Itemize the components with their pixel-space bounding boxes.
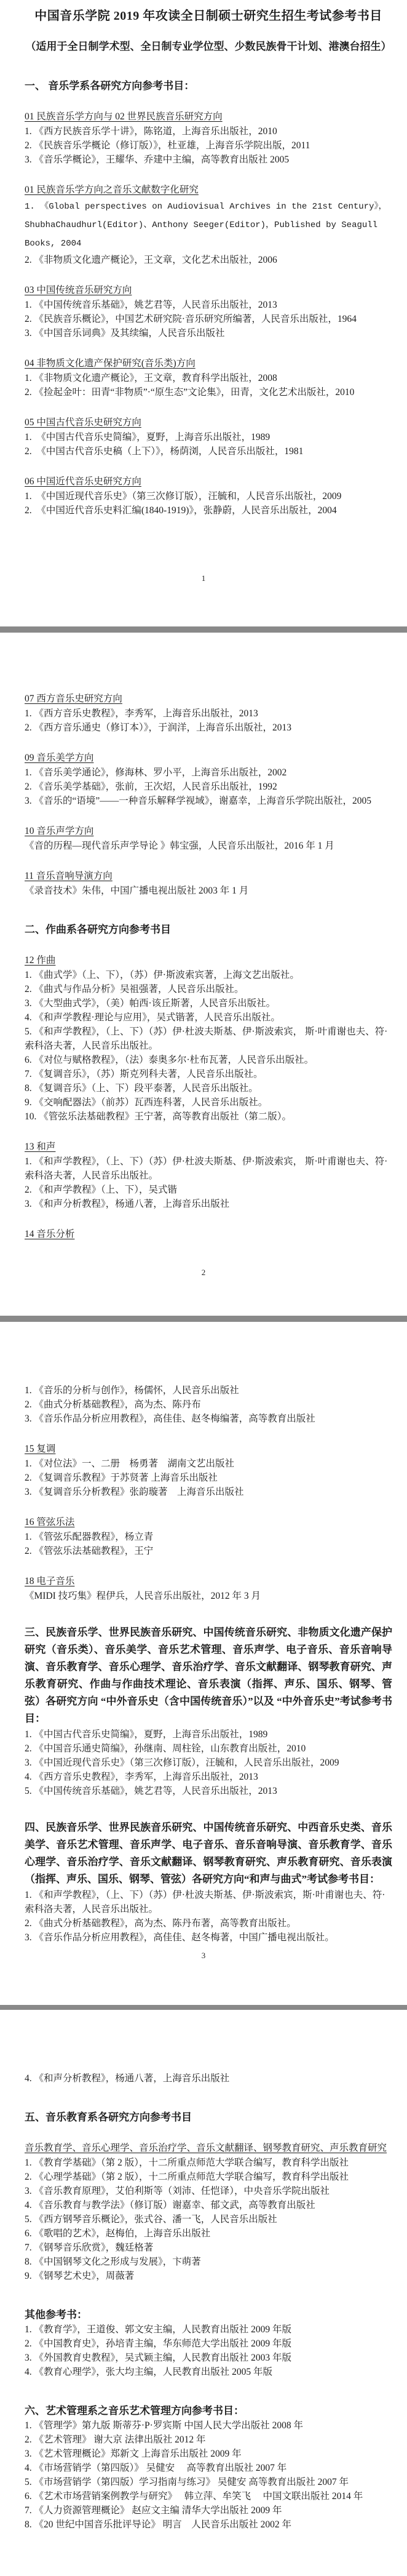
page-divider: [0, 626, 407, 633]
book-item: 1. 《非物质文化遗产概论》，王文章，教育科学出版社，2008: [25, 371, 392, 385]
direction-heading-label: 13 和声: [25, 1142, 55, 1152]
direction-heading-label: 01 民族音乐学方向之音乐文献数字化研究: [25, 185, 199, 195]
section-heading: 二、作曲系各研究方向参考书目: [25, 922, 392, 937]
direction-heading-label: 16 管弦乐法: [25, 1517, 74, 1527]
book-item: 2. 《中国音乐通史简编》，孙继南、周柱铨，山东教育出版社，2010: [25, 1742, 392, 1756]
direction-heading-label: 09 音乐美学方向: [25, 753, 93, 763]
book-item: 2. 《复调音乐教程》于苏贤著 上海音乐出版社: [25, 1471, 392, 1485]
direction-heading-label: 07 西方音乐史研究方向: [25, 694, 122, 704]
book-item: 1. 《对位法》一、二册 杨勇著 湖南文艺出版社: [25, 1457, 392, 1471]
direction-heading: 07 西方音乐史研究方向: [25, 692, 392, 706]
book-item: 2. 《和声学教程》（上、下），吴式锴: [25, 1183, 392, 1197]
book-item: 1. 《音乐的分析与创作》，杨儒怀，人民音乐出版社: [25, 1383, 392, 1398]
book-item: 1. 《和声学教程》，（上、下）（苏）伊·杜波夫斯基、伊·斯波索宾，斯·叶甫谢也…: [25, 1888, 392, 1916]
direction-heading: 音乐教育学、音乐心理学、音乐治疗学、音乐文献翻译、钢琴教育研究、声乐教育研究: [25, 2141, 392, 2156]
section-heading: 一、 音乐学系各研究方向参考书目：: [25, 79, 392, 94]
direction-heading-label: 10 音乐声学方向: [25, 826, 93, 836]
book-item: 3. 《中国音乐词典》及其续编，人民音乐出版社: [25, 326, 392, 340]
document-page-4: 4. 《和声分析教程》，杨通八著，上海音乐出版社五、音乐教育系各研究方向参考书目…: [0, 2010, 407, 2576]
section-heading: 五、音乐教育系各研究方向参考书目: [25, 2110, 392, 2125]
book-item: 5. 《中国传统音乐基础》，姚艺君等，人民音乐出版社，2013: [25, 1784, 392, 1798]
book-item: 1. 《教育学基础》（第 2 版），十二所重点师范大学联合编写，教育科学出版社: [25, 2156, 392, 2170]
book-item: 4. 《音乐教育与教学法》（修订版）谢嘉幸、郁文武，高等教育出版社: [25, 2198, 392, 2212]
document-page-3: 1. 《音乐的分析与创作》，杨儒怀，人民音乐出版社2. 《曲式分析基础教程》，高…: [0, 1322, 407, 2005]
direction-heading: 16 管弦乐法: [25, 1515, 392, 1530]
book-item: 1. 《西方民族音乐学十讲》，陈铭道，上海音乐出版社，2010: [25, 124, 392, 138]
book-item: 5. 《西方钢琴音乐概论》，张式谷、潘一飞，人民音乐出版社: [25, 2212, 392, 2226]
book-item: 1. 《管弦乐配器教程》，杨立青: [25, 1530, 392, 1544]
section-heading: 其他参考书：: [25, 2308, 392, 2322]
direction-heading-label: 03 中国传统音乐研究方向: [25, 285, 132, 295]
book-item: 1. 《西方音乐史教程》，李秀军，上海音乐出版社，2013: [25, 706, 392, 721]
book-item: 2. 《民族音乐学概论（修订版）》，杜亚雄，上海音乐学院出版，2011: [25, 138, 392, 153]
book-item: 《MIDI 技巧集》程伊兵，人民音乐出版社，2012 年 3 月: [25, 1589, 392, 1603]
book-item: 3. 《音乐教育原理》，艾伯利斯等（刘沛、任恺译），中央音乐学院出版社: [25, 2184, 392, 2198]
book-item: 1. 《音乐美学通论》，修海林、罗小平，上海音乐出版社，2002: [25, 766, 392, 780]
book-item: 1. 《管理学》第九版 斯蒂芬·P·罗宾斯 中国人民大学出版社 2008 年: [25, 2418, 392, 2433]
direction-heading-label: 音乐教育学、音乐心理学、音乐治疗学、音乐文献翻译、钢琴教育研究、声乐教育研究: [25, 2143, 387, 2153]
book-item: 8. 《20 世纪中国音乐批评导论》 明言 人民音乐出版社 2002 年: [25, 2518, 392, 2532]
book-item: 2. 《中国近代音乐史料汇编(1840-1919)》，张静蔚，人民音乐出版社，2…: [25, 503, 392, 518]
direction-heading: 01 民族音乐学方向之音乐文献数字化研究: [25, 183, 392, 198]
book-item: 3. 《复调音乐分析教程》张韵璇著 上海音乐出版社: [25, 1485, 392, 1499]
page-1-content: 中国音乐学院 2019 年攻读全日制硕士研究生招生考试参考书目（适用于全日制学术…: [25, 7, 392, 518]
direction-heading-label: 15 复调: [25, 1444, 55, 1454]
book-item: 2. 《艺术管理》 谢大京 法律出版社 2012 年: [25, 2433, 392, 2447]
direction-heading-label: 11 音乐音响导演方向: [25, 871, 113, 881]
direction-heading: 01 民族音乐学方向与 02 世界民族音乐研究方向: [25, 110, 392, 124]
book-item: 4. 《和声分析教程》，杨通八著，上海音乐出版社: [25, 2071, 392, 2086]
page-number: 2: [0, 1268, 407, 1278]
section-paragraph: 三、民族音乐学、世界民族音乐研究、中国传统音乐研究、非物质文化遗产保护研究（音乐…: [25, 1624, 392, 1727]
book-item: 1. 《中国古代音乐史简编》，夏野，上海音乐出版社，1989: [25, 430, 392, 444]
book-item: 3. 《音乐学概论》，王耀华、乔建中主编，高等教育出版社 2005: [25, 153, 392, 167]
page-2-content: 07 西方音乐史研究方向1. 《西方音乐史教程》，李秀军，上海音乐出版社，201…: [25, 692, 392, 1242]
direction-heading-label: 06 中国近代音乐史研究方向: [25, 476, 141, 487]
book-item: 6. 《艺术市场营销案例教学与研究》 韩立萍、牟笑飞 中国文联出版社 2014 …: [25, 2489, 392, 2503]
book-item: 3. 《大型曲式学》，（美）帕西·该丘斯著，人民音乐出版社。: [25, 996, 392, 1010]
book-item: 2. 《中国教育史》，孙培青主编，华东师范大学出版社 2009 年版: [25, 2337, 392, 2351]
direction-heading: 03 中国传统音乐研究方向: [25, 283, 392, 298]
book-item: 2. 《管弦乐法基础教程》，王宁: [25, 1544, 392, 1558]
document-page-2: 07 西方音乐史研究方向1. 《西方音乐史教程》，李秀军，上海音乐出版社，201…: [0, 633, 407, 1316]
book-item: 2. 《曲式与作品分析》吴祖强著，人民音乐出版社。: [25, 982, 392, 996]
book-item: 1. 《中国古代音乐史简编》，夏野，上海音乐出版社，1989: [25, 1727, 392, 1742]
book-item: 1. 《和声学教程》，（上、下）（苏）伊·杜波夫斯基、伊·斯波索宾， 斯·叶甫谢…: [25, 1154, 392, 1183]
direction-heading-label: 05 中国古代音乐史研究方向: [25, 417, 141, 428]
document-title: 中国音乐学院 2019 年攻读全日制硕士研究生招生考试参考书目: [25, 7, 392, 25]
book-item: 4. 《和声学教程·理论与应用》，吴式锴著，人民音乐出版社。: [25, 1010, 392, 1025]
book-item: 2. 《民族音乐概论》，中国艺术研究院·音乐研究所编著，人民音乐出版社，1964: [25, 312, 392, 326]
book-item: 3. 《艺术管理概论》郑新文 上海音乐出版社 2009 年: [25, 2447, 392, 2461]
book-item: 2. 《曲式分析基础教程》，高为杰、陈丹布: [25, 1398, 392, 1412]
direction-heading-label: 01 民族音乐学方向与 02 世界民族音乐研究方向: [25, 111, 223, 122]
book-item: 5. 《和声学教程》，（上、下）（苏）伊·杜波夫斯基、伊·斯波索宾， 斯·叶甫谢…: [25, 1025, 392, 1053]
page-3-content: 1. 《音乐的分析与创作》，杨儒怀，人民音乐出版社2. 《曲式分析基础教程》，高…: [25, 1383, 392, 1945]
direction-heading-label: 04 非物质文化遗产保护研究(音乐类)方向: [25, 358, 196, 369]
book-item: 8. 《复调音乐》（上、下）段平泰著，人民音乐出版社。: [25, 1081, 392, 1095]
direction-heading-label: 18 电子音乐: [25, 1576, 74, 1586]
book-item: 1. 《中国近现代音乐史》（第三次修订版），汪毓和，人民音乐出版社，2009: [25, 489, 392, 503]
direction-heading: 06 中国近代音乐史研究方向: [25, 474, 392, 489]
page-divider: [0, 1316, 407, 1322]
book-item: 4. 《市场营销学（第四版）》 吴健安 高等教育出版社 2007 年: [25, 2461, 392, 2475]
book-item: 7. 《复调音乐》，（苏）斯克列科夫著，人民音乐出版社。: [25, 1067, 392, 1081]
book-item: 4. 《教育心理学》，张大均主编，人民教育出版社 2005 年版: [25, 2365, 392, 2379]
document-viewer: 中国音乐学院 2019 年攻读全日制硕士研究生招生考试参考书目（适用于全日制学术…: [0, 0, 407, 2576]
book-item: 1. 《曲式学》（上、下），（苏）伊·斯波索宾著，上海文艺出版社。: [25, 968, 392, 982]
direction-heading-label: 14 音乐分析: [25, 1229, 74, 1239]
book-item: 《音的历程—现代音乐声学导论 》韩宝强，人民音乐出版社，2016 年 1 月: [25, 839, 392, 853]
direction-heading: 15 复调: [25, 1442, 392, 1457]
document-subtitle: （适用于全日制学术型、全日制专业学位型、少数民族骨干计划、港澳台招生）: [25, 39, 392, 54]
page-4-content: 4. 《和声分析教程》，杨通八著，上海音乐出版社五、音乐教育系各研究方向参考书目…: [25, 2071, 392, 2532]
direction-heading: 13 和声: [25, 1140, 392, 1154]
book-item: 7. 《人力资源管理概论》 赵应文主编 清华大学出版社 2009 年: [25, 2503, 392, 2518]
book-item: 3. 《和声分析教程》，杨通八著，上海音乐出版社: [25, 1197, 392, 1211]
page-number: 1: [0, 574, 407, 583]
book-item: 1. 《中国传统音乐基础》，姚艺君等，人民音乐出版社，2013: [25, 298, 392, 312]
book-item: 《录音技术》朱伟，中国广播电视出版社 2003 年 1 月: [25, 884, 392, 898]
page-divider: [0, 2005, 407, 2010]
book-item: 3. 《外国教育史教程》，吴式颖主编，人民教育出版社 2003 年版: [25, 2351, 392, 2365]
section-paragraph: 四、民族音乐学、世界民族音乐研究、中国传统音乐研究、中西音乐史类、音乐美学、音乐…: [25, 1819, 392, 1888]
direction-heading: 10 音乐声学方向: [25, 824, 392, 839]
direction-heading: 11 音乐音响导演方向: [25, 869, 392, 884]
book-item: 2. 《音乐美学基础》，张前，王次炤，人民音乐出版社，1992: [25, 780, 392, 794]
book-item: 9. 《钢琴艺术史》，周薇著: [25, 2269, 392, 2283]
book-item: 4. 《西方音乐史教程》，李秀军，上海音乐出版社，2013: [25, 1770, 392, 1784]
book-item: 3. 《中国近现代音乐史》（第三次修订版），汪毓和，人民音乐出版社，2009: [25, 1756, 392, 1770]
book-item: 8. 《中国钢琴文化之形成与发展》，卞萌著: [25, 2255, 392, 2269]
book-item: 6. 《歌唱的艺术》，赵梅伯，上海音乐出版社: [25, 2226, 392, 2241]
page-number: 3: [0, 1951, 407, 1961]
direction-heading: 04 非物质文化遗产保护研究(音乐类)方向: [25, 356, 392, 371]
book-item: 7. 《钢琴音乐欣赏》，魏廷格著: [25, 2241, 392, 2255]
book-item: 2. 《曲式分析基础教程》，高为杰、陈丹布著，高等教育出版社。: [25, 1916, 392, 1930]
book-item: 3. 《音乐作品分析应用教程》，高佳佳、赵冬梅著，中国广播电视出版社。: [25, 1930, 392, 1945]
book-item: 3. 《音乐作品分析应用教程》，高佳佳、赵冬梅编著，高等教育出版社: [25, 1412, 392, 1426]
book-item: 2. 《中国古代音乐史稿（上下）》，杨荫浏，人民音乐出版社，1981: [25, 444, 392, 458]
book-item: 10. 《管弦乐法基础教程》王宁著，高等教育出版社（第二版）。: [25, 1110, 392, 1124]
direction-heading: 09 音乐美学方向: [25, 751, 392, 766]
book-item: 9. 《交响配器法》（前苏）瓦西连科著，人民音乐出版社。: [25, 1095, 392, 1110]
book-item: 3. 《音乐的“语境”——一种音乐解释学视域》，谢嘉幸，上海音乐学院出版社，20…: [25, 794, 392, 808]
direction-heading: 12 作曲: [25, 953, 392, 968]
direction-heading-label: 12 作曲: [25, 955, 55, 966]
direction-heading: 18 电子音乐: [25, 1574, 392, 1589]
book-item: 1. 《教育学》，王道俊、郭文安主编，人民教育出版社 2009 年版: [25, 2322, 392, 2337]
document-page-1: 中国音乐学院 2019 年攻读全日制硕士研究生招生考试参考书目（适用于全日制学术…: [0, 0, 407, 626]
direction-heading: 14 音乐分析: [25, 1227, 392, 1242]
section-heading: 六、艺术管理系之音乐艺术管理方向参考书目：: [25, 2404, 392, 2418]
book-item: 2. 《捡起金叶：田青“非物质”·“原生态”文论集》，田青，文化艺术出版社，20…: [25, 385, 392, 399]
direction-heading: 05 中国古代音乐史研究方向: [25, 415, 392, 430]
book-item: 2. 《非物质文化遗产概论》，王文章，文化艺术出版社，2006: [25, 253, 392, 267]
book-item: 6. 《对位与赋格教程》，（法）泰奥多尔·杜布瓦著，人民音乐出版社。: [25, 1053, 392, 1067]
book-item: 2. 《心理学基础》（第 2 版），十二所重点师范大学联合编写，教育科学出版社: [25, 2170, 392, 2184]
book-item: 1. 《Global perspectives on Audiovisual A…: [25, 198, 392, 253]
book-item: 5. 《市场营销学（第四版）学习指南与练习》 吴健安 高等教育出版社 2007 …: [25, 2475, 392, 2489]
book-item: 2. 《西方音乐通史（修订本）》，于润洋，上海音乐出版社，2013: [25, 721, 392, 735]
